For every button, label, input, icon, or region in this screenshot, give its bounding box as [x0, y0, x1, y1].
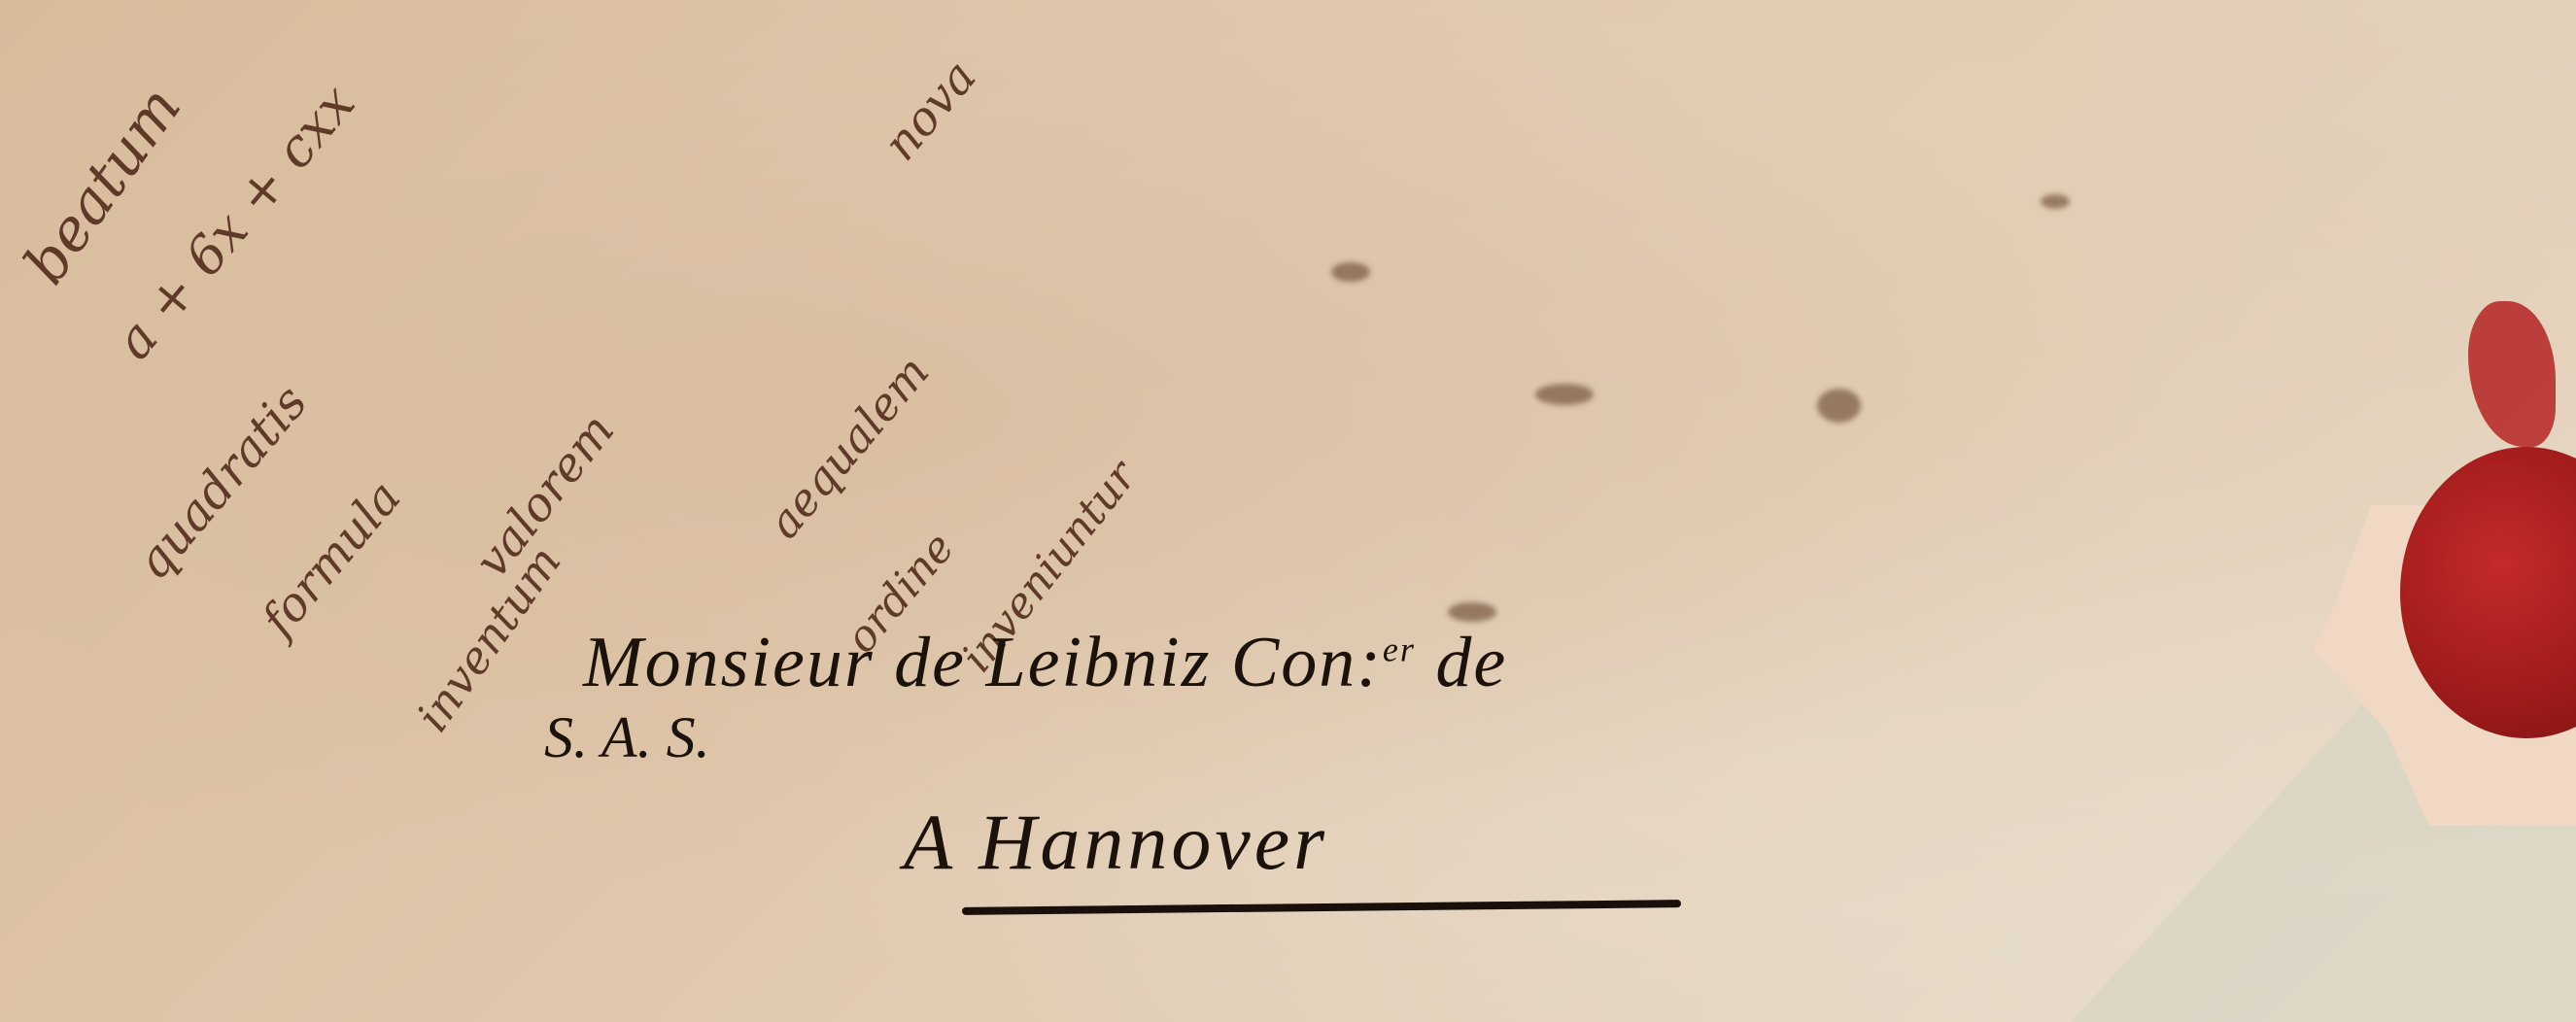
address-line-city: A Hannover: [904, 797, 1328, 888]
address-line-recipient: Monsieur de Leibniz Con:er de: [583, 622, 1507, 704]
title-superscript: er: [1383, 630, 1416, 668]
ink-stain: [1448, 602, 1496, 622]
ink-stain: [1817, 389, 1861, 423]
address-line-title: S. A. S.: [544, 704, 710, 771]
title-suffix: de: [1435, 623, 1507, 702]
ink-stain: [1331, 262, 1370, 282]
recipient-name: Monsieur de Leibniz Con:: [583, 623, 1383, 702]
ink-stain: [1535, 384, 1594, 405]
ink-stain: [2041, 194, 2070, 209]
